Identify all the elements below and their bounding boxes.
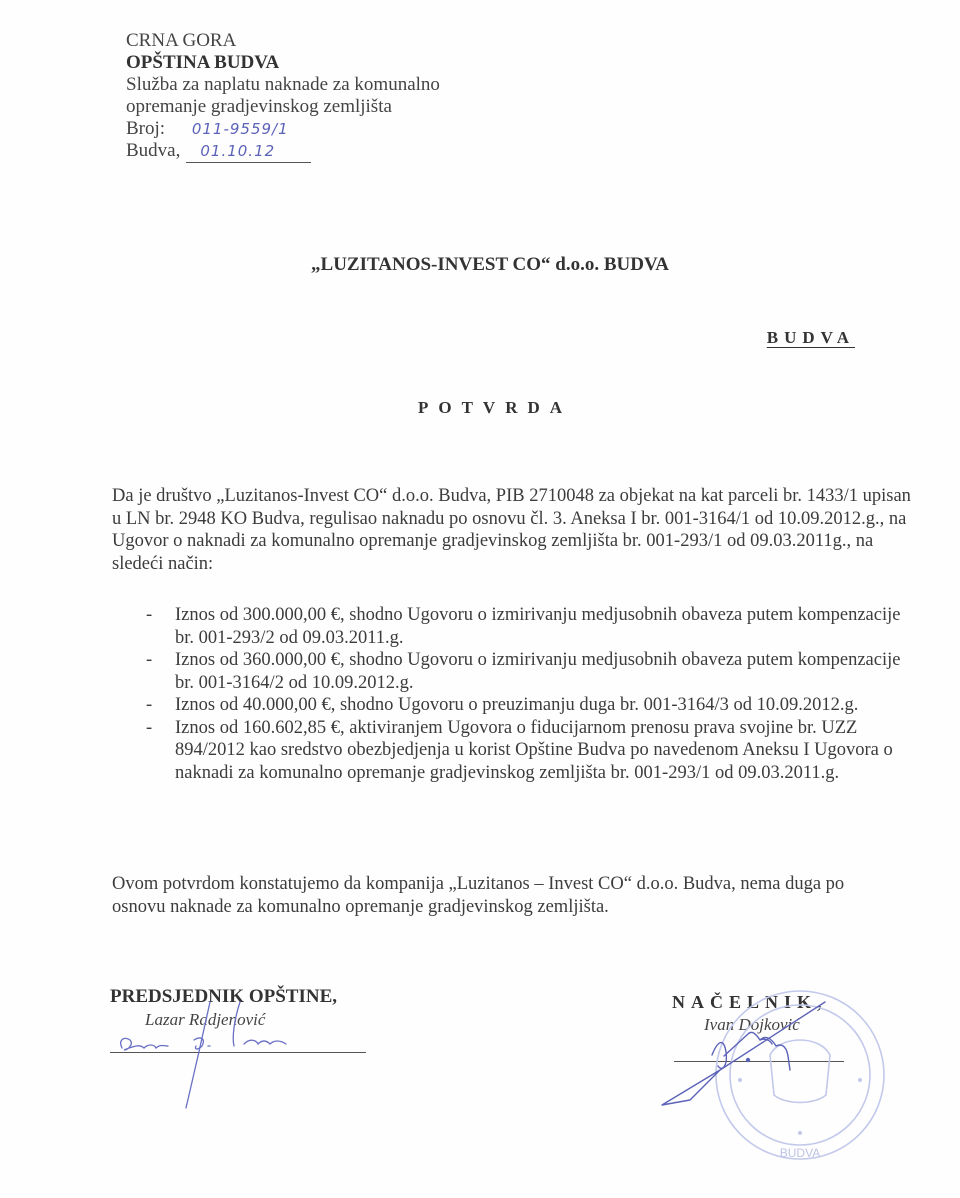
letterhead: CRNA GORA OPŠTINA BUDVA Služba za naplat…: [126, 30, 440, 163]
reference-number-handwritten: 011-9559/1: [192, 120, 289, 138]
signature-line: [674, 1061, 844, 1062]
document-page: CRNA GORA OPŠTINA BUDVA Služba za naplat…: [0, 0, 960, 1198]
recipient-city: BUDVA: [767, 328, 855, 348]
list-item-text: Iznos od 160.602,85 €, aktiviranjem Ugov…: [175, 718, 893, 783]
signature-block-president: PREDSJEDNIK OPŠTINE, Lazar Radjenović: [110, 986, 366, 1053]
list-item-text: Iznos od 360.000,00 €, shodno Ugovoru o …: [175, 650, 900, 693]
payment-list: - Iznos od 300.000,00 €, shodno Ugovoru …: [140, 604, 920, 784]
signature-title: NAČELNIK,: [672, 992, 872, 1013]
signature-title: PREDSJEDNIK OPŠTINE,: [110, 986, 366, 1008]
reference-number-row: Broj: 011-9559/1: [126, 118, 440, 140]
signature-line: [110, 1052, 366, 1053]
date-handwritten: 01.10.12: [200, 142, 275, 160]
document-title: POTVRDA: [0, 398, 960, 418]
place-label: Budva,: [126, 140, 180, 161]
dash-bullet: -: [146, 717, 152, 740]
date-row: Budva,01.10.12: [126, 140, 440, 163]
service-name-line1: Služba za naplatu naknade za komunalno: [126, 74, 440, 96]
list-item: - Iznos od 360.000,00 €, shodno Ugovoru …: [140, 649, 920, 694]
list-item: - Iznos od 160.602,85 €, aktiviranjem Ug…: [140, 717, 920, 785]
signature-block-chief: NAČELNIK, Ivan Dojković: [672, 992, 872, 1062]
dash-bullet: -: [146, 604, 152, 627]
recipient-company: „LUZITANOS-INVEST CO“ d.o.o. BUDVA: [0, 254, 960, 276]
reference-number-label: Broj:: [126, 118, 165, 139]
list-item: - Iznos od 300.000,00 €, shodno Ugovoru …: [140, 604, 920, 649]
stamp-text: BUDVA: [780, 1146, 820, 1160]
conclusion-paragraph: Ovom potvrdom konstatujemo da kompanija …: [112, 873, 902, 918]
intro-paragraph: Da je društvo „Luzitanos-Invest CO“ d.o.…: [112, 485, 912, 575]
list-item: - Iznos od 40.000,00 €, shodno Ugovoru o…: [140, 694, 920, 717]
service-name-line2: opremanje gradjevinskog zemljišta: [126, 96, 440, 118]
dash-bullet: -: [146, 649, 152, 672]
dash-bullet: -: [146, 694, 152, 717]
list-item-text: Iznos od 40.000,00 €, shodno Ugovoru o p…: [175, 695, 858, 715]
signatory-name: Ivan Dojković: [704, 1015, 872, 1035]
list-item-text: Iznos od 300.000,00 €, shodno Ugovoru o …: [175, 605, 900, 648]
signatory-name: Lazar Radjenović: [145, 1010, 366, 1030]
country-name: CRNA GORA: [126, 30, 440, 52]
municipality-name: OPŠTINA BUDVA: [126, 52, 440, 74]
